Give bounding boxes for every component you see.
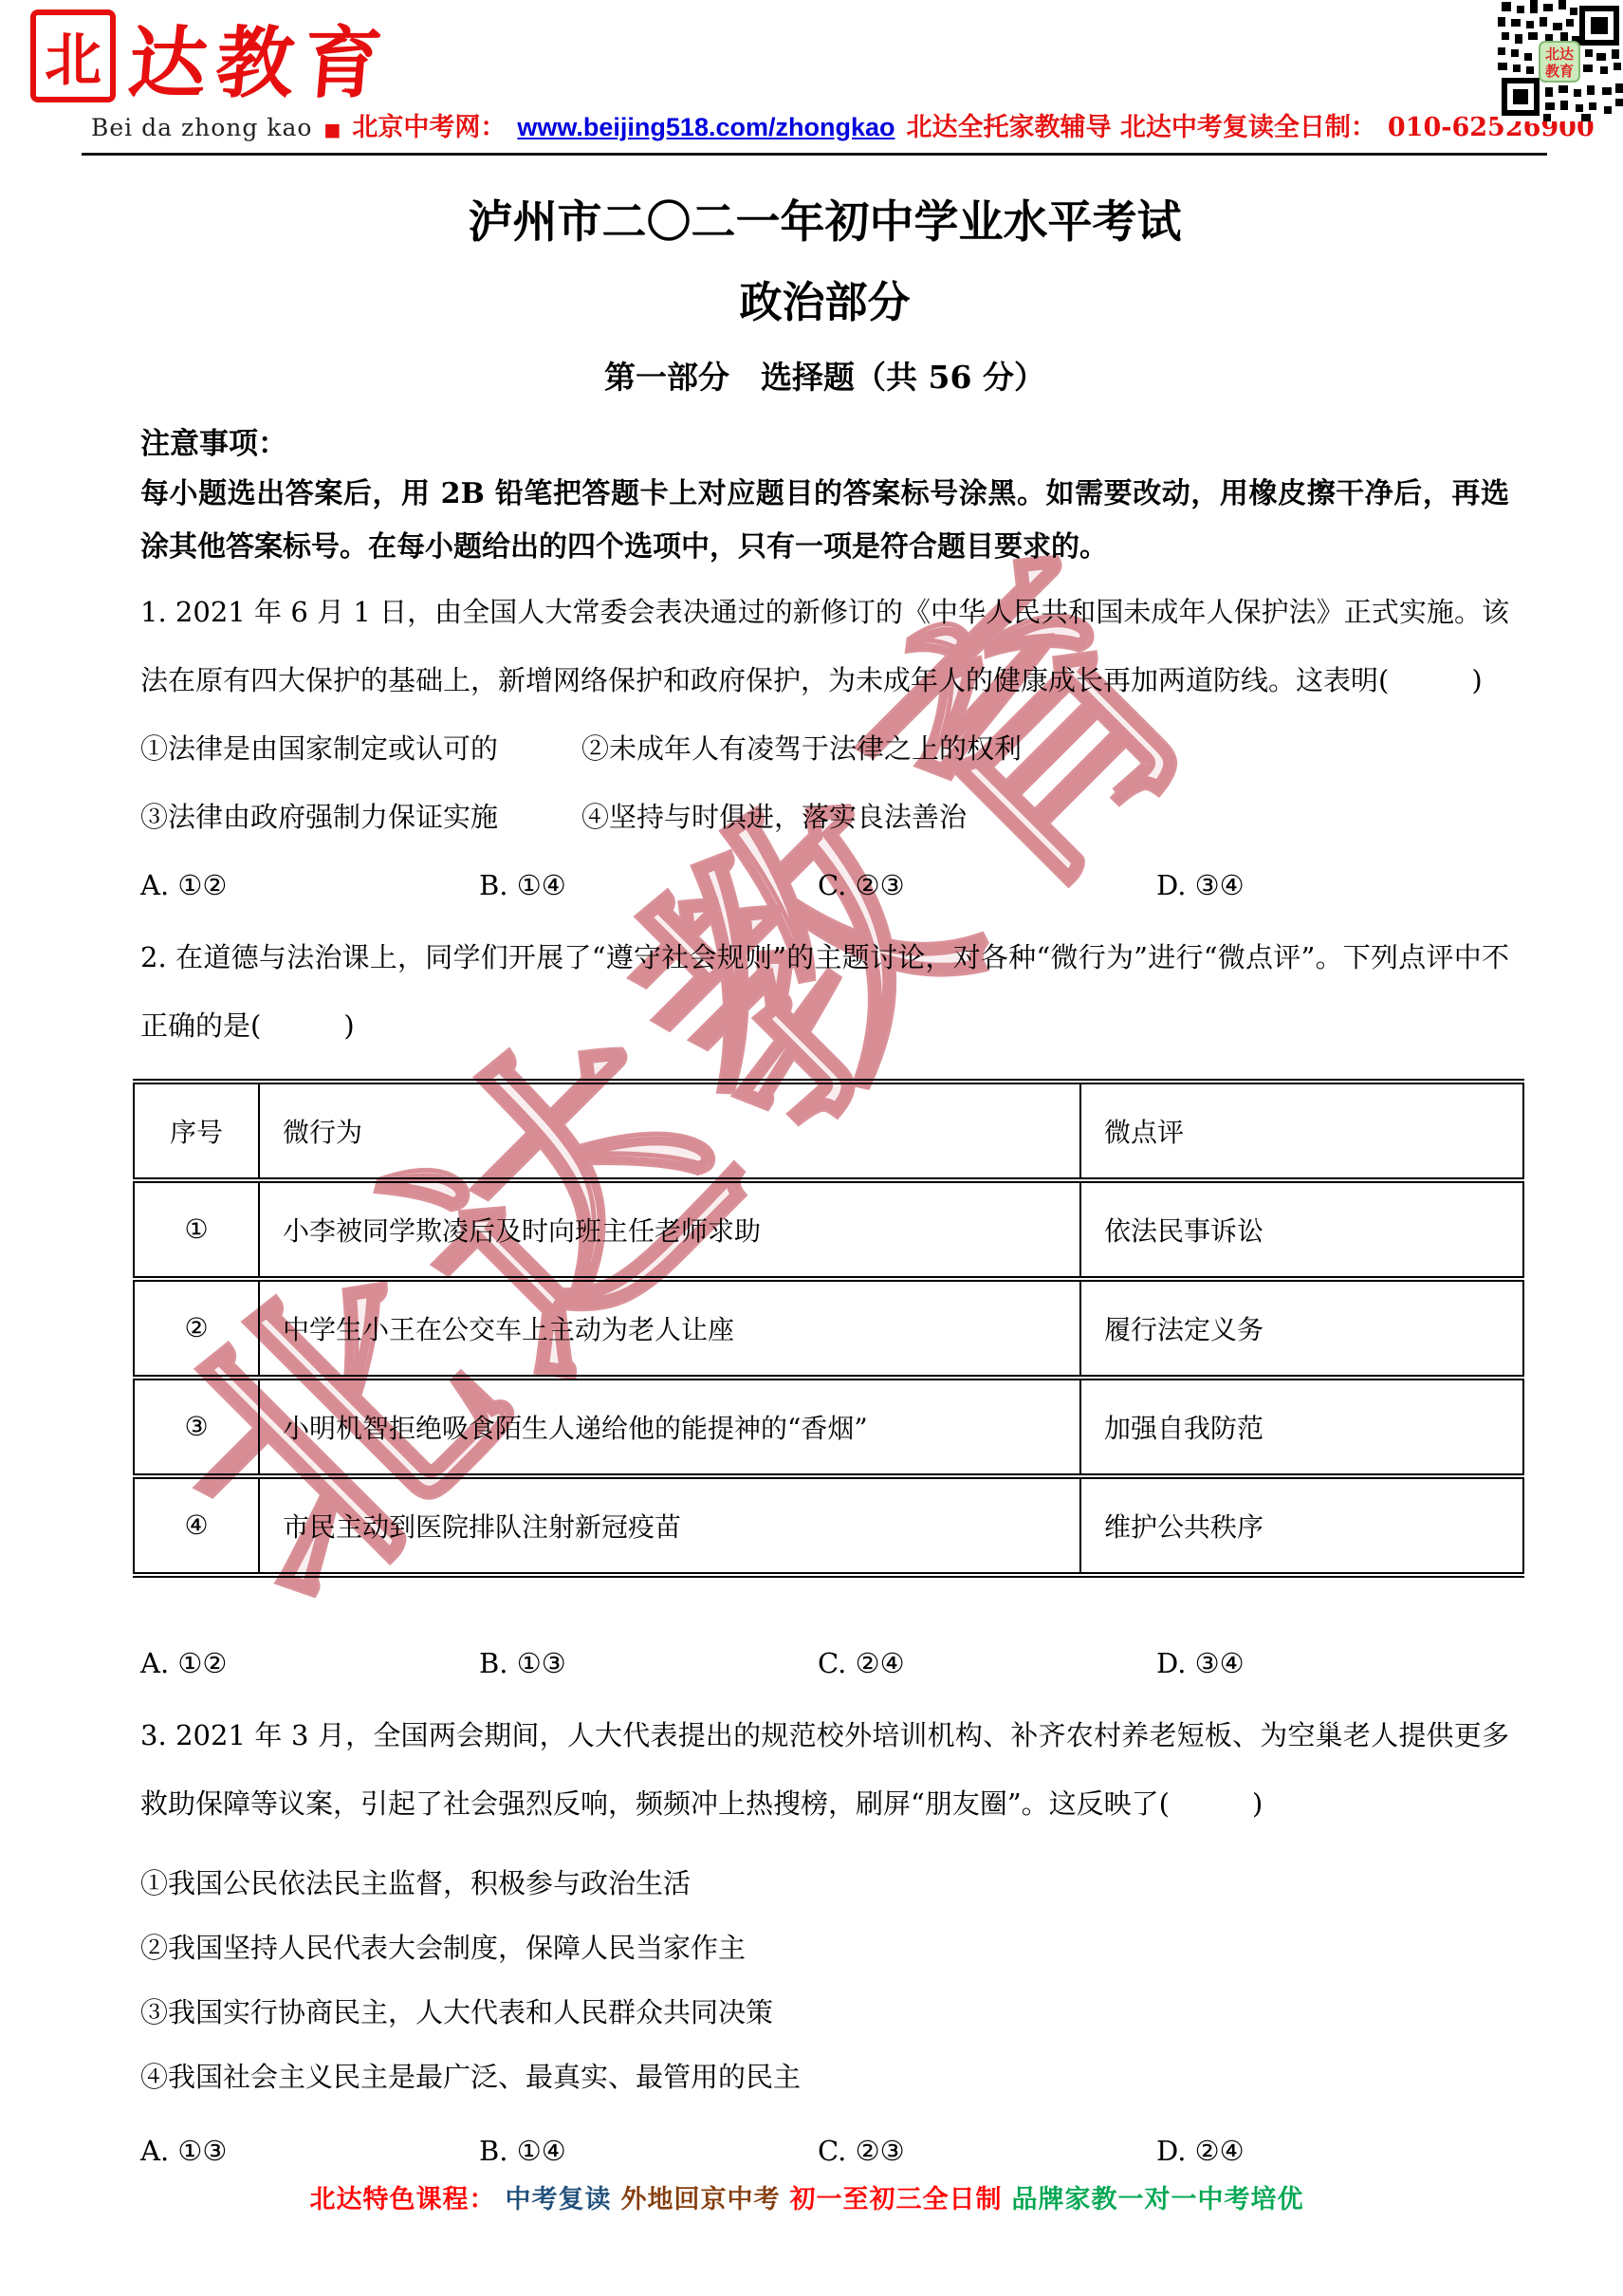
footer-segment-4: 品牌家教一对一中考培优 <box>1012 2185 1304 2214</box>
q1-option-d: D. ③④ <box>1156 851 1495 919</box>
q1-option-b: B. ①④ <box>479 851 818 919</box>
row4-comment: 维护公共秩序 <box>1080 1476 1523 1575</box>
exam-title: 泸州市二〇二一年初中学业水平考试 <box>140 195 1509 251</box>
q3-item-3: ③我国实行协商民主，人大代表和人民群众共同决策 <box>140 1980 1509 2045</box>
q1-item-4: ④坚持与时俱进，落实良法善治 <box>581 783 1509 851</box>
question-2-table: 序号 微行为 微点评 ① 小李被同学欺凌后及时向班主任老师求助 依法民事诉讼 ②… <box>133 1079 1524 1578</box>
q2-option-a: A. ①② <box>140 1629 479 1697</box>
exam-subject: 政治部分 <box>140 276 1509 329</box>
q2-option-b: B. ①③ <box>479 1629 818 1697</box>
footer-segment-1: 中考复读 <box>506 2185 612 2214</box>
table-row: ① 小李被同学欺凌后及时向班主任老师求助 依法民事诉讼 <box>134 1180 1523 1279</box>
table-header-row: 序号 微行为 微点评 <box>134 1082 1523 1180</box>
notice-body: 每小题选出答案后，用 2B 铅笔把答题卡上对应题目的答案标号涂黑。如需要改动，用… <box>140 468 1509 574</box>
site-label: 北京中考网： <box>352 106 506 143</box>
footer-segment-3: 初一至初三全日制 <box>790 2185 1003 2214</box>
row3-index: ③ <box>134 1378 259 1476</box>
question-1-options: A. ①② B. ①④ C. ②③ D. ③④ <box>140 851 1509 919</box>
question-3-options: A. ①③ B. ①④ C. ②③ D. ②④ <box>140 2117 1509 2185</box>
brand-pinyin: Bei da zhong kao <box>91 114 312 141</box>
row1-index: ① <box>134 1180 259 1279</box>
header-tagline: Bei da zhong kao ■ 北京中考网： www.beijing518… <box>91 106 1623 143</box>
header-divider <box>82 153 1547 156</box>
footer-segment-label: 北达特色课程： <box>310 2185 496 2214</box>
row3-behavior: 小明机智拒绝吸食陌生人递给他的能提神的“香烟” <box>259 1378 1080 1476</box>
header: 北 达教育 Bei da zhong kao ■ 北京中考网： www.beij… <box>0 0 1623 156</box>
row2-behavior: 中学生小王在公交车上主动为老人让座 <box>259 1279 1080 1378</box>
q3-item-4: ④我国社会主义民主是最广泛、最真实、最管用的民主 <box>140 2045 1509 2109</box>
table-header-behavior: 微行为 <box>259 1082 1080 1180</box>
qr-center-label-1: 北达 <box>1545 46 1574 63</box>
table-header-comment: 微点评 <box>1080 1082 1523 1180</box>
question-2-stem: 2. 在道德与法治课上，同学们开展了“遵守社会规则”的主题讨论，对各种“微行为”… <box>140 923 1509 1060</box>
logo-brand-text: 达教育 <box>125 25 394 102</box>
question-1-items: ①法律是由国家制定或认可的 ②未成年人有凌驾于法律之上的权利 ③法律由政府强制力… <box>140 714 1509 851</box>
section-heading: 第一部分 选择题（共 56 分） <box>140 358 1509 398</box>
qr-center-label-2: 教育 <box>1545 63 1574 80</box>
site-url-link[interactable]: www.beijing518.com/zhongkao <box>517 113 894 142</box>
q3-item-1: ①我国公民依法民主监督，积极参与政治生活 <box>140 1851 1509 1916</box>
row2-index: ② <box>134 1279 259 1378</box>
qr-code-icon: 北达 教育 <box>1498 0 1623 121</box>
row1-behavior: 小李被同学欺凌后及时向班主任老师求助 <box>259 1180 1080 1279</box>
q1-option-a: A. ①② <box>140 851 479 919</box>
q2-option-c: C. ②④ <box>818 1629 1156 1697</box>
footer-segment-2: 外地回京中考 <box>621 2185 781 2214</box>
q3-option-b: B. ①④ <box>479 2117 818 2185</box>
q1-option-c: C. ②③ <box>818 851 1156 919</box>
q3-option-d: D. ②④ <box>1156 2117 1495 2185</box>
q1-item-1: ①法律是由国家制定或认可的 <box>140 714 581 783</box>
brand-logo: 北 达教育 <box>0 0 1623 102</box>
table-row: ③ 小明机智拒绝吸食陌生人递给他的能提神的“香烟” 加强自我防范 <box>134 1378 1523 1476</box>
table-header-index: 序号 <box>134 1082 259 1180</box>
question-1-stem: 1. 2021 年 6 月 1 日，由全国人大常委会表决通过的新修订的《中华人民… <box>140 578 1509 714</box>
q1-item-2: ②未成年人有凌驾于法律之上的权利 <box>581 714 1509 783</box>
row3-comment: 加强自我防范 <box>1080 1378 1523 1476</box>
question-3-stem: 3. 2021 年 3 月，全国两会期间，人大代表提出的规范校外培训机构、补齐农… <box>140 1701 1509 1838</box>
q3-option-c: C. ②③ <box>818 2117 1156 2185</box>
q2-option-d: D. ③④ <box>1156 1629 1495 1697</box>
q1-item-3: ③法律由政府强制力保证实施 <box>140 783 581 851</box>
row1-comment: 依法民事诉讼 <box>1080 1180 1523 1279</box>
exam-content: 泸州市二〇二一年初中学业水平考试 政治部分 第一部分 选择题（共 56 分） 注… <box>140 195 1509 2185</box>
notice-heading: 注意事项： <box>140 419 1509 462</box>
row2-comment: 履行法定义务 <box>1080 1279 1523 1378</box>
row4-behavior: 市民主动到医院排队注射新冠疫苗 <box>259 1476 1080 1575</box>
table-row: ④ 市民主动到医院排队注射新冠疫苗 维护公共秩序 <box>134 1476 1523 1575</box>
services-text: 北达全托家教辅导 北达中考复读全日制： <box>906 106 1375 143</box>
q3-item-2: ②我国坚持人民代表大会制度，保障人民当家作主 <box>140 1916 1509 1980</box>
table-row: ② 中学生小王在公交车上主动为老人让座 履行法定义务 <box>134 1279 1523 1378</box>
exam-document-page: 北达教育 北 达教育 Bei da zhong kao ■ 北京中考网： www… <box>0 0 1623 2296</box>
row4-index: ④ <box>134 1476 259 1575</box>
question-2-options: A. ①② B. ①③ C. ②④ D. ③④ <box>140 1629 1509 1697</box>
footer-promo-line: 北达特色课程：中考复读外地回京中考初一至初三全日制品牌家教一对一中考培优 <box>0 2178 1623 2215</box>
q3-option-a: A. ①③ <box>140 2117 479 2185</box>
logo-seal-icon: 北 <box>30 9 116 102</box>
red-square-icon: ■ <box>323 120 341 140</box>
question-3-items: ①我国公民依法民主监督，积极参与政治生活 ②我国坚持人民代表大会制度，保障人民当… <box>140 1851 1509 2109</box>
